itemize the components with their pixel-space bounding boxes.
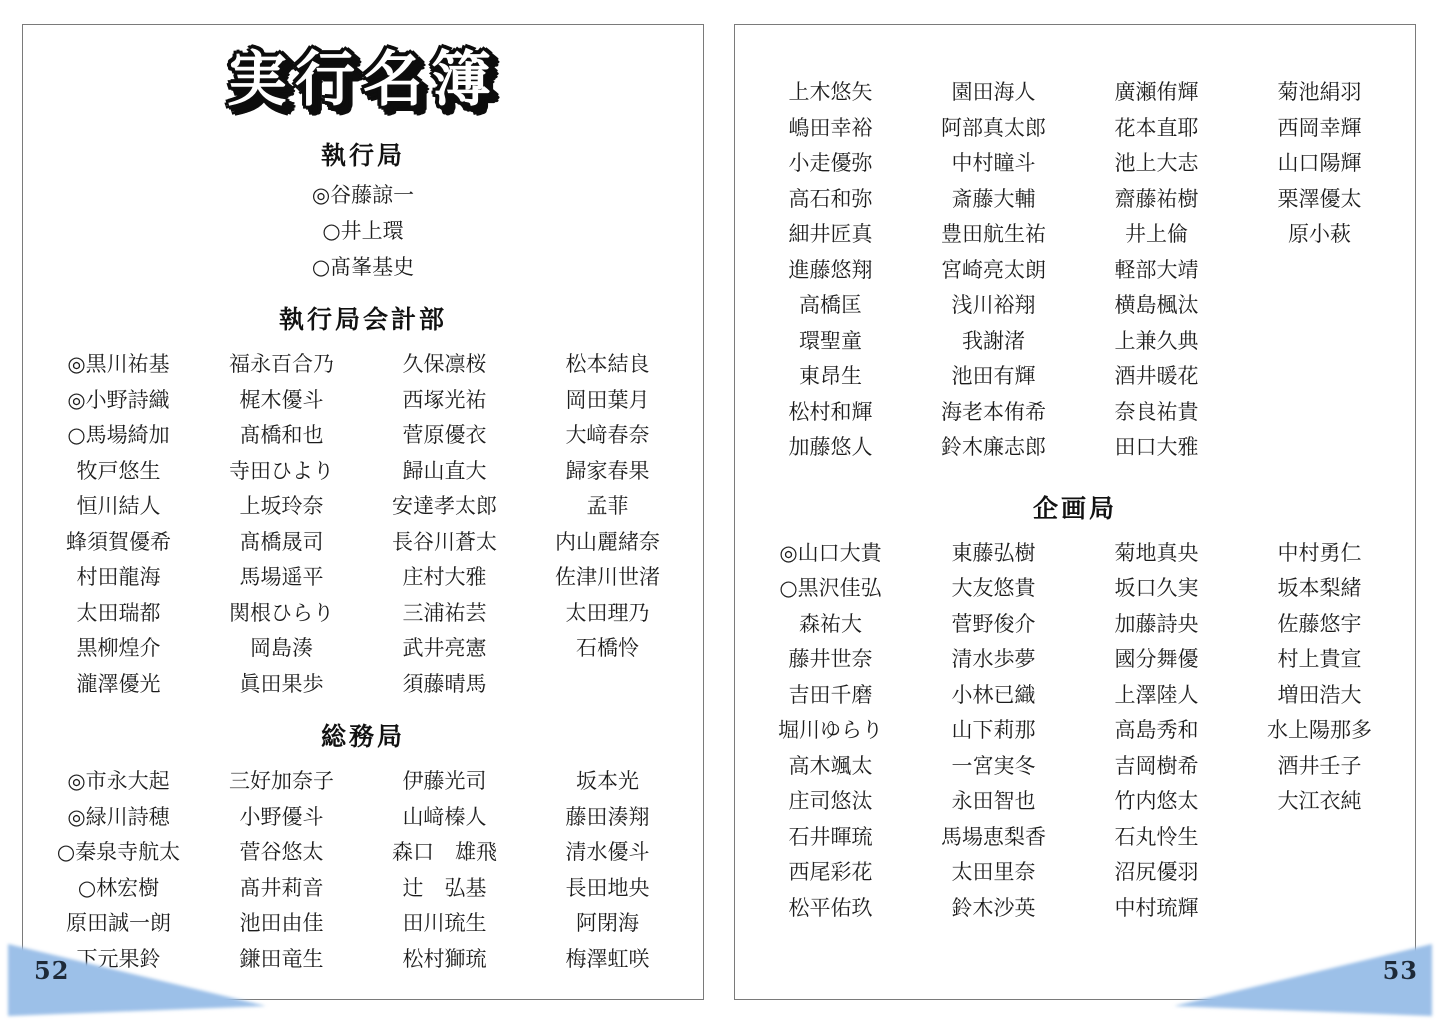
name-row: 松村和輝海老本侑希奈良祐貴 [749, 395, 1401, 431]
name-row: 加藤悠人鈴木廉志郎田口大雅 [749, 430, 1401, 466]
name-row: ◎緑川詩穂小野優斗山﨑榛人藤田湊翔 [37, 800, 689, 836]
name-row: 小走優弥中村瞳斗池上大志山口陽輝 [749, 146, 1401, 182]
member-name: 田川琉生 [363, 906, 526, 942]
member-name: 黒柳煌介 [37, 631, 200, 667]
member-name: 清水歩夢 [912, 642, 1075, 678]
member-name: 福永百合乃 [200, 347, 363, 383]
name-row: ◎山口大貴東藤弘樹菊地真央中村勇仁 [749, 536, 1401, 572]
member-name: 石橋怜 [526, 631, 689, 667]
member-name: 一宮実冬 [912, 749, 1075, 785]
soumukyoku-continued-name-grid: 上木悠矢園田海人廣瀬侑輝菊池絹羽嶋田幸裕阿部真太郎花本直耶西岡幸輝小走優弥中村瞳… [735, 75, 1415, 466]
member-name: 池上大志 [1075, 146, 1238, 182]
member-name [1238, 430, 1401, 466]
member-name: 鎌田竜生 [200, 942, 363, 978]
member-name: 村田龍海 [37, 560, 200, 596]
member-name: 歸家春果 [526, 454, 689, 490]
name-row: 細井匠真豊田航生祐井上倫原小萩 [749, 217, 1401, 253]
member-name: ○髙峯基史 [23, 249, 703, 285]
member-name: 松村和輝 [749, 395, 912, 431]
member-name: 高木颯太 [749, 749, 912, 785]
section-header-shikkoukyoku: 執行局 [23, 141, 703, 171]
member-name: 清水優斗 [526, 835, 689, 871]
member-name: 孟菲 [526, 489, 689, 525]
member-name: 高島秀和 [1075, 713, 1238, 749]
member-name: 西塚光祐 [363, 383, 526, 419]
member-name: 岡島湊 [200, 631, 363, 667]
member-name: 石丸怜生 [1075, 820, 1238, 856]
member-name: 須藤晴馬 [363, 667, 526, 703]
member-name: 鈴木沙英 [912, 891, 1075, 927]
member-name: 増田浩大 [1238, 678, 1401, 714]
member-name: 菅野俊介 [912, 607, 1075, 643]
member-name: 山﨑榛人 [363, 800, 526, 836]
member-name: 上坂玲奈 [200, 489, 363, 525]
page-title-fill-layer: 実行名簿 [23, 41, 703, 119]
kaikeibu-name-grid: ◎黒川祐基福永百合乃久保凛桜松本結良◎小野詩織梶木優斗西塚光祐岡田葉月○馬場綺加… [23, 347, 703, 702]
name-row: ○秦泉寺航太菅谷悠太森口 雄飛清水優斗 [37, 835, 689, 871]
member-name: 海老本侑希 [912, 395, 1075, 431]
member-name: 庄司悠汰 [749, 784, 912, 820]
member-name: 井上倫 [1075, 217, 1238, 253]
member-name: 梅澤虹咲 [526, 942, 689, 978]
member-name: 原小萩 [1238, 217, 1401, 253]
member-name: 進藤悠翔 [749, 253, 912, 289]
soumukyoku-name-grid: ◎市永大起三好加奈子伊藤光司坂本光◎緑川詩穂小野優斗山﨑榛人藤田湊翔○秦泉寺航太… [23, 764, 703, 977]
member-name: 西尾彩花 [749, 855, 912, 891]
member-name: 安達孝太郎 [363, 489, 526, 525]
name-row: 森祐大菅野俊介加藤詩央佐藤悠宇 [749, 607, 1401, 643]
member-name: 藤井世奈 [749, 642, 912, 678]
member-name [1238, 855, 1401, 891]
member-name: 庄村大雅 [363, 560, 526, 596]
section-header-soumukyoku: 総務局 [23, 722, 703, 752]
member-name: 阿部真太郎 [912, 111, 1075, 147]
member-name [526, 667, 689, 703]
member-name: 環聖童 [749, 324, 912, 360]
member-name: 中村琉輝 [1075, 891, 1238, 927]
member-name: 寺田ひより [200, 454, 363, 490]
member-name: ○井上環 [23, 213, 703, 249]
member-name: 小林已織 [912, 678, 1075, 714]
member-name: 坂本梨緒 [1238, 571, 1401, 607]
member-name: 松村獅琉 [363, 942, 526, 978]
member-name: 岡田葉月 [526, 383, 689, 419]
member-name [1238, 288, 1401, 324]
member-name: 梶木優斗 [200, 383, 363, 419]
member-name [1238, 324, 1401, 360]
member-name: 花本直耶 [1075, 111, 1238, 147]
name-row: 瀧澤優光眞田果歩須藤晴馬 [37, 667, 689, 703]
member-name: 高橋匡 [749, 288, 912, 324]
name-row: ○馬場綺加髙橋和也菅原優衣大﨑春奈 [37, 418, 689, 454]
name-row: 牧戸悠生寺田ひより歸山直大歸家春果 [37, 454, 689, 490]
member-name: 池田由佳 [200, 906, 363, 942]
member-name: 髙橋晟司 [200, 525, 363, 561]
member-name: 宮崎亮太朗 [912, 253, 1075, 289]
name-row: 庄司悠汰永田智也竹内悠太大江衣純 [749, 784, 1401, 820]
member-name: 吉田千磨 [749, 678, 912, 714]
member-name: 豊田航生祐 [912, 217, 1075, 253]
member-name: 原田誠一朗 [37, 906, 200, 942]
name-row: 蜂須賀優希髙橋晟司長谷川蒼太内山麗緒奈 [37, 525, 689, 561]
member-name: ◎小野詩織 [37, 383, 200, 419]
page-title: 実行名簿 実行名簿 実行名簿 [23, 41, 703, 119]
member-name: 三好加奈子 [200, 764, 363, 800]
member-name: 菅原優衣 [363, 418, 526, 454]
member-name: 奈良祐貴 [1075, 395, 1238, 431]
member-name: ○馬場綺加 [37, 418, 200, 454]
member-name: 上兼久典 [1075, 324, 1238, 360]
member-name: 永田智也 [912, 784, 1075, 820]
name-row: 上木悠矢園田海人廣瀬侑輝菊池絹羽 [749, 75, 1401, 111]
section-header-kaikeibu: 執行局会計部 [23, 305, 703, 335]
name-row: 下元果鈴鎌田竜生松村獅琉梅澤虹咲 [37, 942, 689, 978]
member-name: 石井暉琉 [749, 820, 912, 856]
member-name: 堀川ゆらり [749, 713, 912, 749]
member-name: 大﨑春奈 [526, 418, 689, 454]
member-name: 沼尻優羽 [1075, 855, 1238, 891]
member-name: 池田有輝 [912, 359, 1075, 395]
member-name: 山下莉那 [912, 713, 1075, 749]
member-name: 馬場恵梨香 [912, 820, 1075, 856]
member-name [1238, 359, 1401, 395]
booklet-page-left: 実行名簿 実行名簿 実行名簿 執行局 ◎谷藤諒一○井上環○髙峯基史 執行局会計部… [22, 24, 704, 1000]
name-row: 石井暉琉馬場恵梨香石丸怜生 [749, 820, 1401, 856]
member-name: 眞田果歩 [200, 667, 363, 703]
member-name: 武井亮憲 [363, 631, 526, 667]
member-name: 東昂生 [749, 359, 912, 395]
member-name: 廣瀬侑輝 [1075, 75, 1238, 111]
name-row: 村田龍海馬場遥平庄村大雅佐津川世渚 [37, 560, 689, 596]
member-name: 我謝渚 [912, 324, 1075, 360]
member-name: 上澤陸人 [1075, 678, 1238, 714]
member-name: ◎緑川詩穂 [37, 800, 200, 836]
member-name: 髙井莉音 [200, 871, 363, 907]
name-row: ○林宏樹髙井莉音辻 弘基長田地央 [37, 871, 689, 907]
member-name: 松平佑玖 [749, 891, 912, 927]
member-name: 村上貴宣 [1238, 642, 1401, 678]
member-name [1238, 253, 1401, 289]
name-row: 吉田千磨小林已織上澤陸人増田浩大 [749, 678, 1401, 714]
name-row: 松平佑玖鈴木沙英中村琉輝 [749, 891, 1401, 927]
member-name [1238, 395, 1401, 431]
member-name: 加藤悠人 [749, 430, 912, 466]
member-name: 嶋田幸裕 [749, 111, 912, 147]
member-name: 久保凛桜 [363, 347, 526, 383]
name-row: 西尾彩花太田里奈沼尻優羽 [749, 855, 1401, 891]
member-name: 阿閉海 [526, 906, 689, 942]
member-name: 森祐大 [749, 607, 912, 643]
member-name: 恒川結人 [37, 489, 200, 525]
name-row: 高石和弥斎藤大輔齋藤祐樹栗澤優太 [749, 182, 1401, 218]
member-name: 太田里奈 [912, 855, 1075, 891]
member-name: ○黒沢佳弘 [749, 571, 912, 607]
member-name: 水上陽那多 [1238, 713, 1401, 749]
member-name: 浅川裕翔 [912, 288, 1075, 324]
name-row: 黒柳煌介岡島湊武井亮憲石橋怜 [37, 631, 689, 667]
member-name: 吉岡樹希 [1075, 749, 1238, 785]
member-name: 園田海人 [912, 75, 1075, 111]
booklet-page-right: 上木悠矢園田海人廣瀬侑輝菊池絹羽嶋田幸裕阿部真太郎花本直耶西岡幸輝小走優弥中村瞳… [734, 24, 1416, 1000]
member-name: 関根ひらり [200, 596, 363, 632]
member-name: 西岡幸輝 [1238, 111, 1401, 147]
member-name: 佐津川世渚 [526, 560, 689, 596]
name-row: 堀川ゆらり山下莉那高島秀和水上陽那多 [749, 713, 1401, 749]
name-row: 嶋田幸裕阿部真太郎花本直耶西岡幸輝 [749, 111, 1401, 147]
member-name: ○秦泉寺航太 [37, 835, 200, 871]
name-row: 環聖童我謝渚上兼久典 [749, 324, 1401, 360]
member-name: 蜂須賀優希 [37, 525, 200, 561]
member-name: 小野優斗 [200, 800, 363, 836]
member-name: 三浦祐芸 [363, 596, 526, 632]
member-name: 太田理乃 [526, 596, 689, 632]
member-name: 坂口久実 [1075, 571, 1238, 607]
name-row: 原田誠一朗池田由佳田川琉生阿閉海 [37, 906, 689, 942]
shikkoukyoku-member-list: ◎谷藤諒一○井上環○髙峯基史 [23, 177, 703, 285]
name-row: ◎市永大起三好加奈子伊藤光司坂本光 [37, 764, 689, 800]
page-number-right: 53 [1383, 956, 1418, 985]
member-name: 牧戸悠生 [37, 454, 200, 490]
member-name: 小走優弥 [749, 146, 912, 182]
member-name: 鈴木廉志郎 [912, 430, 1075, 466]
member-name: 東藤弘樹 [912, 536, 1075, 572]
name-row: 高橋匡浅川裕翔横島楓汰 [749, 288, 1401, 324]
page-number-left: 52 [34, 956, 69, 985]
member-name: 酒井暖花 [1075, 359, 1238, 395]
member-name: 國分舞優 [1075, 642, 1238, 678]
member-name: 菊池絹羽 [1238, 75, 1401, 111]
member-name: ○林宏樹 [37, 871, 200, 907]
member-name: 馬場遥平 [200, 560, 363, 596]
member-name: 中村勇仁 [1238, 536, 1401, 572]
member-name: 田口大雅 [1075, 430, 1238, 466]
member-name: 坂本光 [526, 764, 689, 800]
member-name: 大友悠貴 [912, 571, 1075, 607]
member-name: 長谷川蒼太 [363, 525, 526, 561]
member-name: 細井匠真 [749, 217, 912, 253]
member-name: 齋藤祐樹 [1075, 182, 1238, 218]
member-name: 酒井壬子 [1238, 749, 1401, 785]
member-name [1238, 891, 1401, 927]
member-name: 上木悠矢 [749, 75, 912, 111]
member-name: 髙橋和也 [200, 418, 363, 454]
name-row: 進藤悠翔宮崎亮太朗軽部大靖 [749, 253, 1401, 289]
member-name: 辻 弘基 [363, 871, 526, 907]
member-name: 太田瑞都 [37, 596, 200, 632]
member-name [1238, 820, 1401, 856]
member-name: 加藤詩央 [1075, 607, 1238, 643]
member-name: 大江衣純 [1238, 784, 1401, 820]
member-name: ◎山口大貴 [749, 536, 912, 572]
member-name: 歸山直大 [363, 454, 526, 490]
name-row: 恒川結人上坂玲奈安達孝太郎孟菲 [37, 489, 689, 525]
member-name: ◎黒川祐基 [37, 347, 200, 383]
member-name: 長田地央 [526, 871, 689, 907]
name-row: ◎黒川祐基福永百合乃久保凛桜松本結良 [37, 347, 689, 383]
name-row: 高木颯太一宮実冬吉岡樹希酒井壬子 [749, 749, 1401, 785]
member-name: 瀧澤優光 [37, 667, 200, 703]
member-name: 高石和弥 [749, 182, 912, 218]
name-row: ○黒沢佳弘大友悠貴坂口久実坂本梨緒 [749, 571, 1401, 607]
member-name: 山口陽輝 [1238, 146, 1401, 182]
member-name: 松本結良 [526, 347, 689, 383]
member-name: 栗澤優太 [1238, 182, 1401, 218]
member-name: 菊地真央 [1075, 536, 1238, 572]
member-name: 斎藤大輔 [912, 182, 1075, 218]
member-name: 中村瞳斗 [912, 146, 1075, 182]
member-name: 内山麗緒奈 [526, 525, 689, 561]
section-header-kikakukyoku: 企画局 [735, 494, 1415, 524]
member-name: 森口 雄飛 [363, 835, 526, 871]
name-row: 東昂生池田有輝酒井暖花 [749, 359, 1401, 395]
member-name: 軽部大靖 [1075, 253, 1238, 289]
member-name: 佐藤悠宇 [1238, 607, 1401, 643]
member-name: 伊藤光司 [363, 764, 526, 800]
name-row: 藤井世奈清水歩夢國分舞優村上貴宣 [749, 642, 1401, 678]
kikakukyoku-name-grid: ◎山口大貴東藤弘樹菊地真央中村勇仁○黒沢佳弘大友悠貴坂口久実坂本梨緒森祐大菅野俊… [735, 536, 1415, 927]
member-name: ◎谷藤諒一 [23, 177, 703, 213]
member-name: 菅谷悠太 [200, 835, 363, 871]
name-row: ◎小野詩織梶木優斗西塚光祐岡田葉月 [37, 383, 689, 419]
member-name: 竹内悠太 [1075, 784, 1238, 820]
member-name: 藤田湊翔 [526, 800, 689, 836]
name-row: 太田瑞都関根ひらり三浦祐芸太田理乃 [37, 596, 689, 632]
member-name: ◎市永大起 [37, 764, 200, 800]
member-name: 横島楓汰 [1075, 288, 1238, 324]
